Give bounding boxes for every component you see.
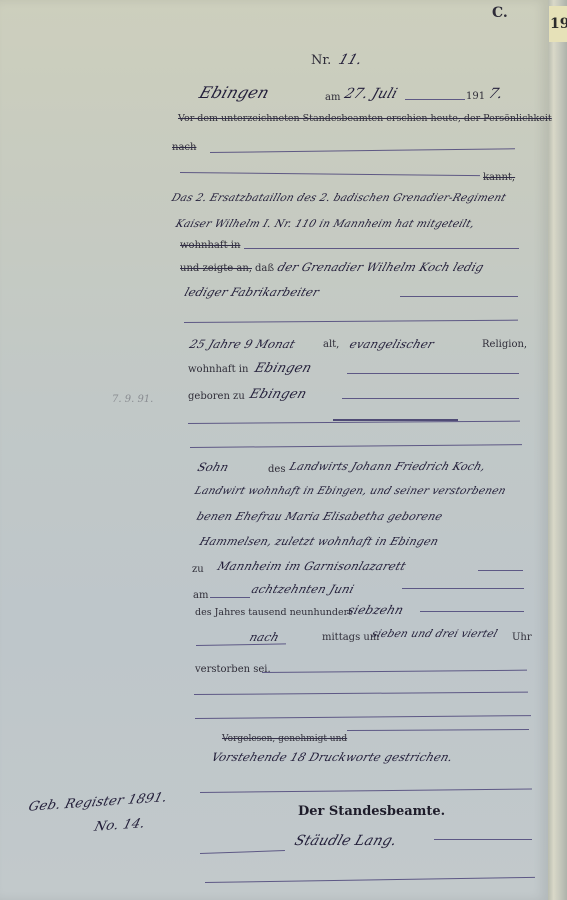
parents-line-4: Hammelsen, zuletzt wohnhaft in Ebingen (198, 535, 440, 548)
geboren-label: geboren zu (188, 391, 245, 402)
zu-label: zu (192, 564, 204, 575)
zeigte-struck: und zeigte an, (180, 263, 252, 274)
parents-line-1: Landwirts Johann Friedrich Koch, (288, 460, 487, 473)
preamble-struck: Vor dem unterzeichneten Standesbeamten e… (178, 113, 552, 124)
uhr-label: Uhr (512, 632, 532, 643)
rule (347, 373, 519, 374)
death-date: achtzehnten Juni (250, 582, 356, 596)
register-page (0, 0, 548, 900)
rule (434, 839, 532, 840)
informant-line-1: Das 2. Ersatzbataillon des 2. badischen … (170, 192, 508, 204)
deceased-line-1: der Grenadier Wilhelm Koch ledig (276, 260, 486, 274)
rule (478, 570, 523, 571)
form-code: C. (492, 5, 508, 21)
rule (244, 248, 519, 249)
register-tab: 19 (549, 6, 567, 42)
des-label: des (268, 464, 285, 475)
religion-label: Religion, (482, 339, 527, 350)
official-title: Der Standesbeamte. (298, 804, 445, 819)
wohnhaft-label: wohnhaft in (188, 364, 248, 375)
number-label: Nr. (311, 53, 331, 68)
wohnhaft-struck: wohnhaft in (180, 240, 240, 251)
am-label: am (193, 590, 208, 601)
date-prefix: am (325, 92, 340, 103)
death-place: Mannheim im Garnisonlazarett (216, 559, 408, 573)
registration-date: 27. Juli (342, 86, 399, 102)
deceased-line-2: lediger Fabrikarbeiter (183, 285, 321, 299)
alt-label: alt, (323, 339, 339, 350)
rule (210, 597, 250, 598)
rule (400, 296, 518, 297)
margin-pencil-note: 7. 9. 91. (112, 394, 153, 405)
age: 25 Jahre 9 Monat (188, 337, 297, 351)
rule (402, 588, 524, 589)
rule (342, 398, 519, 399)
sohn-word: Sohn (196, 460, 231, 474)
residence: Ebingen (253, 361, 314, 376)
informant-line-2: Kaiser Wilhelm I. Nr. 110 in Mannheim ha… (174, 218, 476, 230)
verstorben-label: verstorben sei. (195, 664, 271, 675)
place-of-registration: Ebingen (197, 83, 272, 102)
death-year-words: siebzehn (346, 603, 406, 617)
closing-note: Vorstehende 18 Druckworte gestrichen. (210, 750, 455, 764)
rule (420, 611, 524, 612)
parents-line-2: Landwirt wohnhaft in Ebingen, und seiner… (193, 485, 507, 497)
nach-struck: nach (172, 142, 196, 153)
time-prefix: nach (248, 630, 281, 644)
rule (333, 419, 458, 421)
religion: evangelischer (348, 337, 436, 351)
rule (405, 99, 465, 100)
vorgelesen-struck: Vorgelesen, genehmigt und (222, 734, 347, 744)
birthplace: Ebingen (248, 387, 309, 402)
dass-label: daß (255, 263, 274, 274)
binder-edge (548, 0, 567, 900)
parents-line-3: benen Ehefrau Maria Elisabetha geborene (195, 510, 444, 523)
official-signature: Stäudle Lang. (292, 833, 399, 849)
year-label: des Jahres tausend neunhundert (195, 607, 352, 618)
year-printed: 191 (466, 91, 485, 102)
time-of-death: sieben und drei viertel (370, 628, 499, 640)
kannt-struck: kannt, (483, 172, 515, 183)
